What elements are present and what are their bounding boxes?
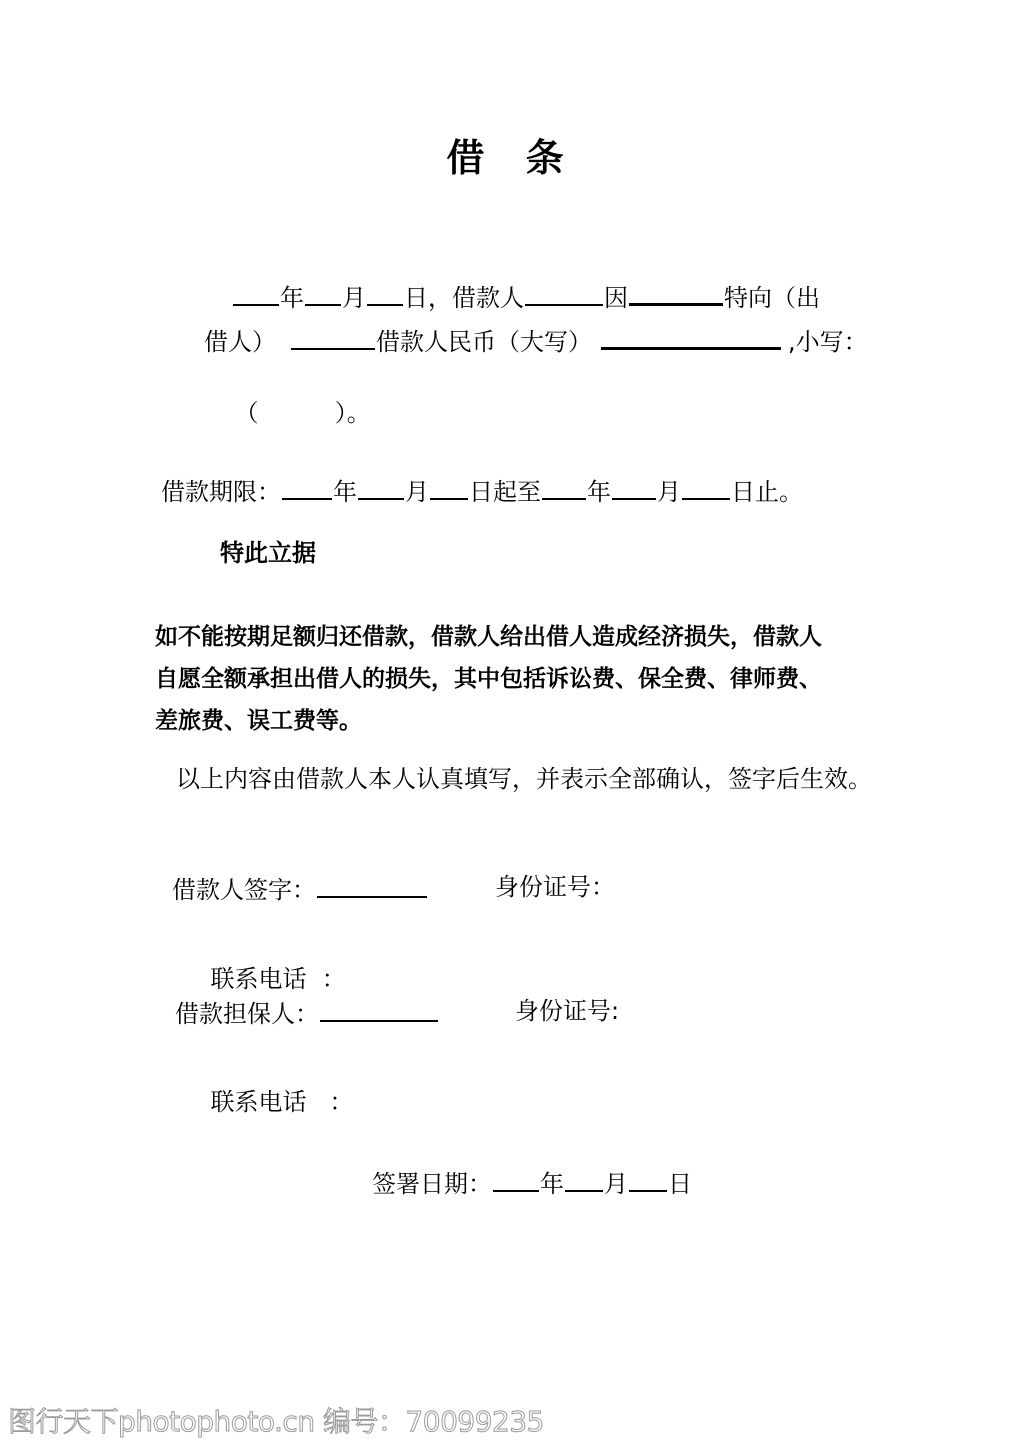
label-guarantor-id: 身份证号:: [515, 997, 619, 1025]
label-borrower-signature: 借款人签字：: [172, 876, 316, 904]
blank-sign-year[interactable]: [493, 1166, 539, 1192]
borrower-signature-row: 借款人签字：: [172, 872, 428, 905]
watermark-text: 图行天下photophoto.cn 编号：70099235: [8, 1404, 544, 1440]
penalty-clause-line-1: 如不能按期足额归还借款，借款人给出借人造成经济损失，借款人: [155, 622, 822, 652]
blank-term-start-month[interactable]: [358, 474, 404, 500]
label-borrower-phone: 联系电话 ：: [211, 965, 346, 993]
label-guarantor-phone: 联系电话 ：: [211, 1088, 354, 1116]
loan-amount-line: 借人）借款人民币（大写）,小写：: [204, 323, 868, 357]
blank-term-end-month[interactable]: [612, 474, 656, 500]
amount-small-field-line: （ ）。: [204, 368, 371, 458]
blank-year-field[interactable]: [233, 280, 279, 306]
label-lender-close: 借人）: [204, 328, 276, 356]
amount-small-parentheses[interactable]: （ ）。: [235, 399, 371, 427]
blank-term-start-year[interactable]: [282, 474, 332, 500]
blank-term-end-year[interactable]: [542, 474, 586, 500]
label-term-from: 日起至: [469, 478, 541, 506]
blank-term-start-day[interactable]: [430, 474, 468, 500]
label-sign-year: 年: [540, 1170, 564, 1198]
label-sign-date: 签署日期：: [372, 1170, 492, 1198]
label-reason: 因: [604, 284, 628, 312]
label-term-year2: 年: [587, 478, 611, 506]
hereby-statement: 特此立据: [220, 538, 316, 568]
penalty-clause-line-2: 自愿全额承担出借人的损失，其中包括诉讼费、保全费、律师费、: [155, 664, 822, 694]
label-loan-term: 借款期限：: [161, 478, 281, 506]
label-sign-day: 日: [668, 1170, 692, 1198]
label-term-to: 日止。: [731, 478, 803, 506]
blank-day-field[interactable]: [367, 280, 403, 306]
guarantor-phone-row: 联系电话 ：: [180, 1057, 353, 1147]
penalty-clause-line-3: 差旅费、误工费等。: [155, 706, 362, 736]
label-borrower-id: 身份证号：: [495, 873, 615, 901]
label-term-year1: 年: [333, 478, 357, 506]
loan-date-line: 年月日，借款人因特向（出: [232, 279, 820, 313]
label-amount-capital: 借款人民币（大写）: [376, 328, 592, 356]
blank-term-end-day[interactable]: [682, 474, 730, 500]
label-to-lender: 特向（出: [724, 284, 820, 312]
sign-date-row: 签署日期：年月日: [372, 1166, 692, 1199]
loan-note-page: 借 条 年月日，借款人因特向（出 借人）借款人民币（大写）,小写： （ ）。 借…: [0, 0, 1024, 1449]
blank-lender-name-field[interactable]: [291, 324, 375, 350]
blank-sign-day[interactable]: [629, 1166, 667, 1192]
guarantor-row: 借款担保人：: [175, 996, 439, 1029]
blank-amount-capital-field[interactable]: [601, 323, 781, 350]
label-amount-small: ,小写：: [788, 328, 868, 356]
blank-sign-month[interactable]: [565, 1166, 603, 1192]
loan-term-line: 借款期限：年月日起至年月日止。: [161, 474, 803, 507]
blank-reason-field[interactable]: [629, 279, 723, 306]
document-title: 借 条: [0, 136, 1024, 180]
label-term-month1: 月: [405, 478, 429, 506]
label-day-borrower: 日，借款人: [404, 284, 524, 312]
borrower-id-row: 身份证号：: [495, 872, 615, 902]
label-year: 年: [280, 284, 304, 312]
label-term-month2: 月: [657, 478, 681, 506]
blank-month-field[interactable]: [305, 280, 341, 306]
blank-guarantor-signature[interactable]: [320, 996, 438, 1022]
label-sign-month: 月: [604, 1170, 628, 1198]
blank-borrower-name-field[interactable]: [525, 280, 603, 306]
label-month: 月: [342, 284, 366, 312]
label-guarantor: 借款担保人：: [175, 1000, 319, 1028]
guarantor-id-row: 身份证号:: [515, 996, 619, 1026]
blank-borrower-signature[interactable]: [317, 872, 427, 898]
confirmation-statement: 以上内容由借款人本人认真填写，并表示全部确认，签字后生效。: [176, 764, 872, 794]
